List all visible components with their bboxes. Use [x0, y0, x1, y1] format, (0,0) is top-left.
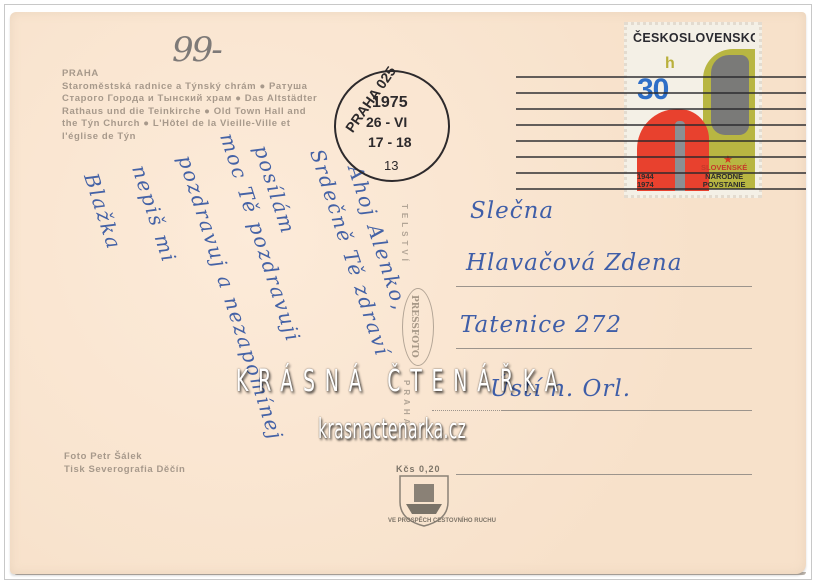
pressfoto-logo: PRESSFOTO	[402, 288, 434, 366]
address-rule-dotted	[432, 410, 502, 411]
archive-number: 99-	[172, 30, 221, 70]
charity-stamp: Kčs 0,20 VE PROSPĚCH CESTOVNÍHO RUCHU	[390, 464, 458, 526]
postmark-office: 13	[384, 158, 398, 173]
address-line-1: Slečna	[470, 198, 554, 224]
message-line: nepiš mi	[127, 162, 181, 266]
postmark-time: 17 - 18	[368, 134, 412, 150]
address-rule	[502, 410, 752, 411]
cancellation-lines	[516, 68, 806, 198]
watermark-url: krasnactenarka.cz	[318, 412, 466, 445]
charity-value: Kčs 0,20	[396, 464, 441, 474]
postmark-year: 1975	[372, 94, 408, 112]
address-rule	[456, 474, 752, 475]
address-rule	[456, 348, 752, 349]
stamp-country: ČESKOSLOVENSKO	[633, 31, 755, 45]
caption-line: l'église de Týn	[62, 131, 362, 144]
charity-text: VE PROSPĚCH CESTOVNÍHO RUCHU	[388, 518, 496, 524]
address-rule	[456, 286, 752, 287]
publisher-vertical-text: TELSTVÍ	[400, 204, 409, 265]
postmark-date: 26 - VI	[366, 114, 407, 130]
caption-line: Старого Города и Тынский храм ● Das Alts…	[62, 93, 362, 106]
photo-credit: Foto Petr Šálek	[64, 451, 185, 464]
address-line-3: Tatenice 272	[460, 312, 622, 338]
message-line: Blažka	[79, 170, 126, 253]
print-credits: Foto Petr Šálek Tisk Severografia Děčín	[64, 451, 185, 476]
print-credit: Tisk Severografia Děčín	[64, 464, 185, 477]
photo-caption: PRAHA Staroměstská radnice a Týnský chrá…	[62, 68, 362, 143]
address-line-2: Hlavačová Zdena	[466, 250, 682, 276]
caption-line: Rathaus und die Teinkirche ● Old Town Ha…	[62, 106, 362, 119]
caption-city: PRAHA	[62, 68, 362, 81]
caption-line: the Týn Church ● L'Hôtel de la Vieille-V…	[62, 118, 362, 131]
caption-line: Staroměstská radnice a Týnský chrám ● Ра…	[62, 81, 362, 94]
pressfoto-label: PRESSFOTO	[409, 295, 419, 358]
ship-icon	[390, 474, 458, 536]
postcard: 99- PRAHA Staroměstská radnice a Týnský …	[10, 12, 806, 574]
postmark: PRAHA 025 1975 26 - VI 17 - 18 13	[334, 70, 450, 182]
watermark-title: KRÁSNÁ ČTENÁŘKA	[236, 364, 567, 399]
